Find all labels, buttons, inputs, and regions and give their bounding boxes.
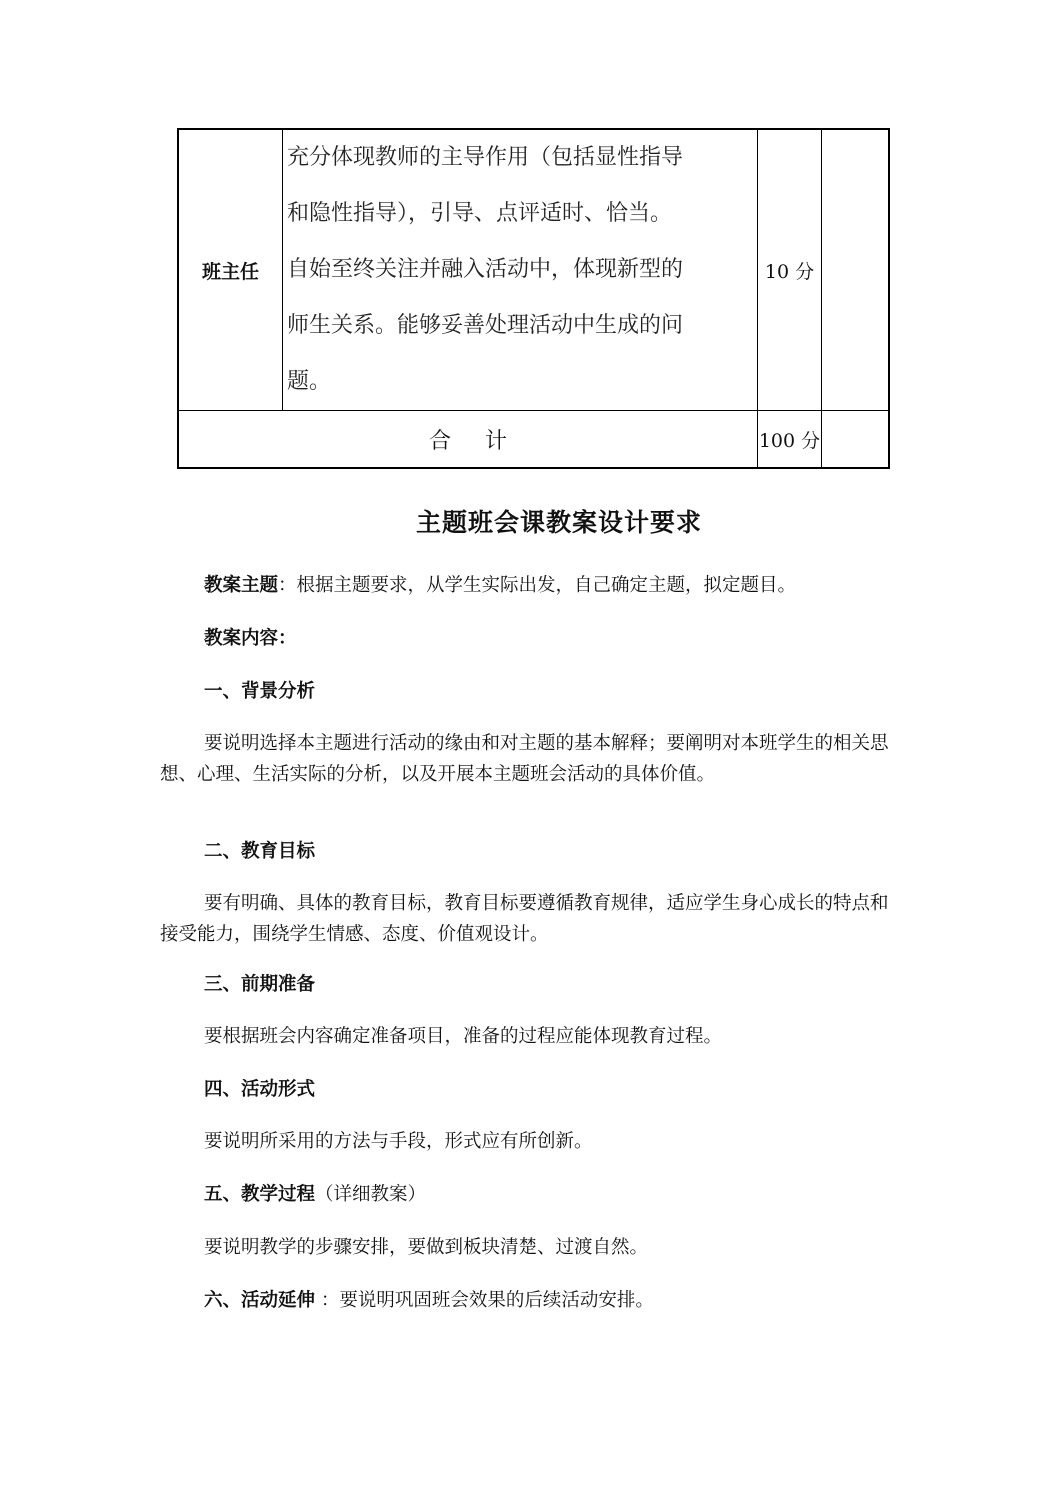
section-text: 要说明选择本主题进行活动的缘由和对主题的基本解释；要阐明对本班学生的相关思想、心… (160, 728, 890, 790)
total-label-part: 计 (485, 429, 507, 454)
section-text: 要有明确、具体的教育目标，教育目标要遵循教育规律，适应学生身心成长的特点和接受能… (160, 888, 890, 950)
description-line: 师生关系。能够妥善处理活动中生成的问 (287, 298, 757, 354)
description-line: 和隐性指导），引导、点评适时、恰当。 (287, 186, 757, 242)
theme-label: 教案主题 (204, 575, 278, 596)
description-cell: 充分体现教师的主导作用（包括显性指导 和隐性指导），引导、点评适时、恰当。 自始… (283, 129, 758, 411)
blank-cell (822, 129, 890, 411)
total-label: 合计 (178, 411, 758, 469)
section-text: 要根据班会内容确定准备项目，准备的过程应能体现教育过程。 (204, 1022, 722, 1052)
section-heading-row: 六、活动延伸 ：要说明巩固班会效果的后续活动安排。 (204, 1286, 654, 1316)
description-line: 充分体现教师的主导作用（包括显性指导 (287, 130, 757, 186)
document-title: 主题班会课教案设计要求 (0, 503, 1058, 539)
total-label-part: 合 (429, 429, 451, 454)
description-line: 自始至终关注并融入活动中，体现新型的 (287, 242, 757, 298)
section-heading: 六、活动延伸 (204, 1290, 315, 1311)
section-heading: 四、活动形式 (204, 1075, 315, 1105)
section-heading: 二、教育目标 (204, 837, 315, 867)
total-row: 合计 100 分 (178, 411, 889, 469)
section-heading: 五、教学过程 (204, 1184, 315, 1205)
blank-cell (822, 411, 890, 469)
content-label: 教案内容： (204, 624, 297, 654)
section-text: 要说明所采用的方法与手段，形式应有所创新。 (204, 1127, 593, 1157)
theme-text: ：根据主题要求，从学生实际出发，自己确定主题，拟定题目。 (278, 575, 796, 596)
total-score-cell: 100 分 (758, 411, 822, 469)
section-heading-suffix: （详细教案） (315, 1184, 426, 1205)
role-cell: 班主任 (178, 129, 283, 411)
table-row: 班主任 充分体现教师的主导作用（包括显性指导 和隐性指导），引导、点评适时、恰当… (178, 129, 889, 411)
section-heading-row: 五、教学过程（详细教案） (204, 1180, 426, 1210)
score-table: 班主任 充分体现教师的主导作用（包括显性指导 和隐性指导），引导、点评适时、恰当… (177, 128, 890, 469)
theme-paragraph: 教案主题：根据主题要求，从学生实际出发，自己确定主题，拟定题目。 (204, 571, 796, 601)
description-line: 题。 (287, 354, 757, 410)
section-text: 要说明教学的步骤安排，要做到板块清楚、过渡自然。 (204, 1233, 648, 1263)
section-heading: 一、背景分析 (204, 677, 315, 707)
section-heading-suffix: ：要说明巩固班会效果的后续活动安排。 (315, 1290, 654, 1311)
section-heading: 三、前期准备 (204, 970, 315, 1000)
score-cell: 10 分 (758, 129, 822, 411)
